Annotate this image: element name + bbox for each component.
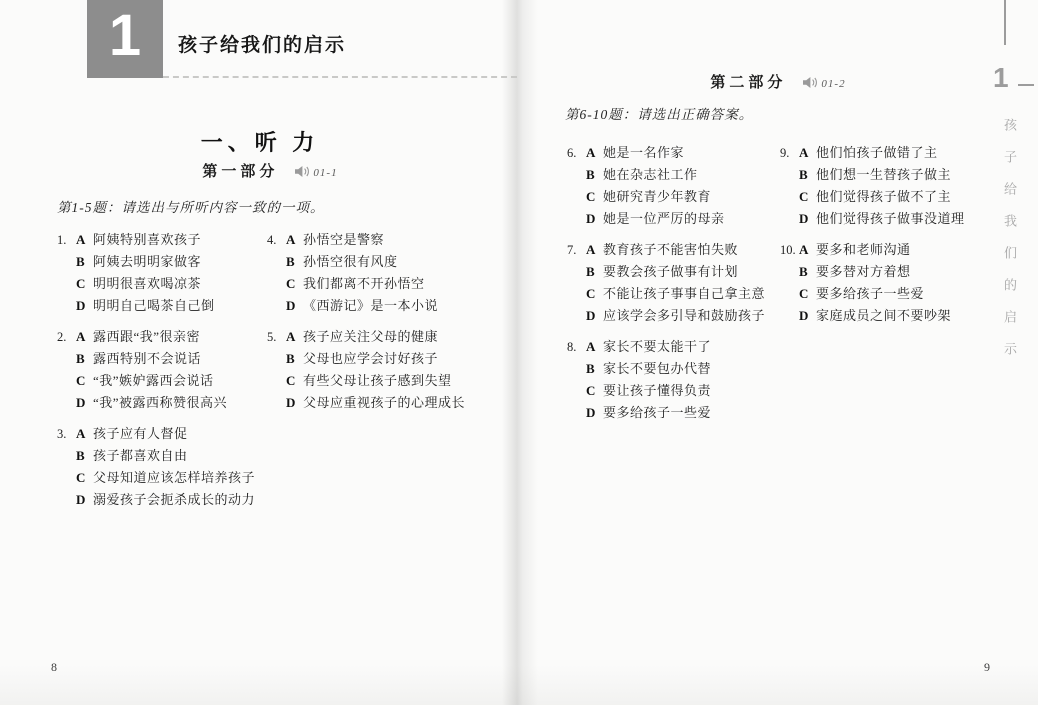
option-text: 要多替对方着想	[816, 261, 911, 283]
option-letter: B	[286, 251, 303, 273]
option-text: 露西跟“我”很亲密	[93, 326, 200, 348]
unit-title: 孩子给我们的启示	[178, 30, 346, 57]
option: D要多给孩子一些爱	[586, 402, 782, 424]
question-9: 9. A他们怕孩子做错了主 B他们想一生替孩子做主 C他们觉得孩子做不了主 D他…	[780, 142, 995, 230]
option: D应该学会多引导和鼓励孩子	[586, 305, 782, 327]
question-1: 1. A阿姨特别喜欢孩子 B阿姨去明明家做客 C明明很喜欢喝凉茶 D明明自己喝茶…	[57, 229, 272, 317]
option-text: 她研究青少年教育	[603, 186, 711, 208]
question-number: 2.	[57, 326, 76, 414]
option: A阿姨特别喜欢孩子	[76, 229, 272, 251]
option-text: “我”被露西称赞很高兴	[93, 392, 227, 414]
option: B他们想一生替孩子做主	[799, 164, 995, 186]
option: C明明很喜欢喝凉茶	[76, 273, 272, 295]
option-text: 明明自己喝茶自己倒	[93, 295, 215, 317]
option-text: 要多给孩子一些爱	[603, 402, 711, 424]
option-letter: B	[799, 164, 816, 186]
option-letter: B	[76, 445, 93, 467]
part-two-label: 第二部分	[710, 75, 786, 91]
option-text: 阿姨特别喜欢孩子	[93, 229, 201, 251]
option-text: 孙悟空很有风度	[303, 251, 398, 273]
page-seam	[502, 0, 538, 705]
option-text: 她是一名作家	[603, 142, 684, 164]
option-letter: B	[586, 358, 603, 380]
option-text: 明明很喜欢喝凉茶	[93, 273, 201, 295]
option-letter: D	[286, 392, 303, 414]
option-text: 教育孩子不能害怕失败	[603, 239, 738, 261]
instruction-part-one: 第1-5题：请选出与所听内容一致的一项。	[57, 196, 325, 216]
option-text: 溺爱孩子会扼杀成长的动力	[93, 489, 255, 511]
option-text: 有些父母让孩子感到失望	[303, 370, 452, 392]
option-letter: B	[76, 348, 93, 370]
questions-column: 1. A阿姨特别喜欢孩子 B阿姨去明明家做客 C明明很喜欢喝凉茶 D明明自己喝茶…	[57, 229, 272, 520]
question-number: 4.	[267, 229, 286, 317]
unit-number: 1	[109, 7, 141, 71]
option-text: 他们觉得孩子做不了主	[816, 186, 951, 208]
audio-track-label: 01-2	[821, 78, 845, 90]
option: A他们怕孩子做错了主	[799, 142, 995, 164]
option-letter: A	[76, 229, 93, 251]
part-one-header: 第一部分01-1	[40, 160, 500, 183]
option-letter: C	[286, 370, 303, 392]
question-8: 8. A家长不要太能干了 B家长不要包办代替 C要让孩子懂得负责 D要多给孩子一…	[567, 336, 782, 424]
option-text: 父母应重视孩子的心理成长	[303, 392, 465, 414]
option: A要多和老师沟通	[799, 239, 995, 261]
option: B家长不要包办代替	[586, 358, 782, 380]
option-letter: D	[586, 208, 603, 230]
option-letter: C	[799, 186, 816, 208]
option-letter: A	[799, 239, 816, 261]
option: C她研究青少年教育	[586, 186, 782, 208]
option-letter: D	[586, 305, 603, 327]
option: A教育孩子不能害怕失败	[586, 239, 782, 261]
edge-tab-unit-number: 1	[993, 62, 1009, 94]
option-letter: D	[76, 489, 93, 511]
option: D溺爱孩子会扼杀成长的动力	[76, 489, 272, 511]
option-text: 阿姨去明明家做客	[93, 251, 201, 273]
option-text: 他们想一生替孩子做主	[816, 164, 951, 186]
option-letter: D	[799, 305, 816, 327]
option: D她是一位严厉的母亲	[586, 208, 782, 230]
option: C要多给孩子一些爱	[799, 283, 995, 305]
option-text: 她是一位严厉的母亲	[603, 208, 725, 230]
question-number: 9.	[780, 142, 799, 230]
book-spread: 1 孩子给我们的启示 一、听 力 第一部分01-1 第1-5题：请选出与所听内容…	[0, 0, 1038, 705]
option-text: 孩子都喜欢自由	[93, 445, 188, 467]
option-text: 她在杂志社工作	[603, 164, 698, 186]
option: D家庭成员之间不要吵架	[799, 305, 995, 327]
option-text: 父母也应学会讨好孩子	[303, 348, 438, 370]
option-letter: B	[799, 261, 816, 283]
option-letter: D	[799, 208, 816, 230]
question-number: 7.	[567, 239, 586, 327]
question-number: 1.	[57, 229, 76, 317]
question-3: 3. A孩子应有人督促 B孩子都喜欢自由 C父母知道应该怎样培养孩子 D溺爱孩子…	[57, 423, 272, 511]
question-4: 4. A孙悟空是警察 B孙悟空很有风度 C我们都离不开孙悟空 D《西游记》是一本…	[267, 229, 482, 317]
option-letter: C	[76, 370, 93, 392]
option-letter: B	[76, 251, 93, 273]
option: D《西游记》是一本小说	[286, 295, 482, 317]
option-letter: C	[76, 273, 93, 295]
question-number: 3.	[57, 423, 76, 511]
question-number: 10.	[780, 239, 799, 327]
option: B露西特别不会说话	[76, 348, 272, 370]
part-one-label: 第一部分	[202, 164, 278, 180]
option: D“我”被露西称赞很高兴	[76, 392, 272, 414]
option-text: 他们怕孩子做错了主	[816, 142, 938, 164]
option-text: 家长不要太能干了	[603, 336, 711, 358]
option-text: 孩子应有人督促	[93, 423, 188, 445]
option: D明明自己喝茶自己倒	[76, 295, 272, 317]
question-7: 7. A教育孩子不能害怕失败 B要教会孩子做事有计划 C不能让孩子事事自己拿主意…	[567, 239, 782, 327]
option: B孩子都喜欢自由	[76, 445, 272, 467]
questions-column: 9. A他们怕孩子做错了主 B他们想一生替孩子做主 C他们觉得孩子做不了主 D他…	[780, 142, 995, 336]
option: B阿姨去明明家做客	[76, 251, 272, 273]
speaker-icon	[294, 165, 310, 183]
speaker-icon	[802, 76, 818, 94]
option-letter: A	[586, 142, 603, 164]
section-heading-listening: 一、听 力	[40, 126, 480, 157]
option: A家长不要太能干了	[586, 336, 782, 358]
questions-column: 6. A她是一名作家 B她在杂志社工作 C她研究青少年教育 D她是一位严厉的母亲…	[567, 142, 782, 433]
option: D父母应重视孩子的心理成长	[286, 392, 482, 414]
option: A露西跟“我”很亲密	[76, 326, 272, 348]
option-letter: A	[799, 142, 816, 164]
option-text: 要多和老师沟通	[816, 239, 911, 261]
option: D他们觉得孩子做事没道理	[799, 208, 995, 230]
option-text: 露西特别不会说话	[93, 348, 201, 370]
option-text: 家长不要包办代替	[603, 358, 711, 380]
question-10: 10. A要多和老师沟通 B要多替对方着想 C要多给孩子一些爱 D家庭成员之间不…	[780, 239, 995, 327]
option-letter: B	[586, 261, 603, 283]
option-letter: A	[76, 326, 93, 348]
option-letter: A	[586, 239, 603, 261]
question-number: 5.	[267, 326, 286, 414]
option: C他们觉得孩子做不了主	[799, 186, 995, 208]
option-letter: A	[586, 336, 603, 358]
option-letter: C	[586, 380, 603, 402]
option-text: 要让孩子懂得负责	[603, 380, 711, 402]
option: B孙悟空很有风度	[286, 251, 482, 273]
option-text: “我”嫉妒露西会说话	[93, 370, 214, 392]
header-dashed-divider	[163, 76, 517, 78]
option-text: 要多给孩子一些爱	[816, 283, 924, 305]
option-letter: C	[586, 283, 603, 305]
option-text: 家庭成员之间不要吵架	[816, 305, 951, 327]
option-letter: C	[286, 273, 303, 295]
option: C要让孩子懂得负责	[586, 380, 782, 402]
option: A孩子应有人督促	[76, 423, 272, 445]
option-text: 应该学会多引导和鼓励孩子	[603, 305, 765, 327]
option-letter: C	[586, 186, 603, 208]
option: B要多替对方着想	[799, 261, 995, 283]
option: C“我”嫉妒露西会说话	[76, 370, 272, 392]
option-text: 他们觉得孩子做事没道理	[816, 208, 965, 230]
question-6: 6. A她是一名作家 B她在杂志社工作 C她研究青少年教育 D她是一位严厉的母亲	[567, 142, 782, 230]
option-text: 孩子应关注父母的健康	[303, 326, 438, 348]
part-two-header: 第二部分01-2	[548, 71, 1008, 94]
option: C父母知道应该怎样培养孩子	[76, 467, 272, 489]
option-text: 《西游记》是一本小说	[303, 295, 438, 317]
option: A孙悟空是警察	[286, 229, 482, 251]
option-letter: A	[286, 326, 303, 348]
option-text: 孙悟空是警察	[303, 229, 384, 251]
option: A孩子应关注父母的健康	[286, 326, 482, 348]
edge-tab-dash	[1018, 84, 1034, 86]
question-2: 2. A露西跟“我”很亲密 B露西特别不会说话 C“我”嫉妒露西会说话 D“我”…	[57, 326, 272, 414]
option-letter: A	[76, 423, 93, 445]
option: C我们都离不开孙悟空	[286, 273, 482, 295]
option-letter: D	[286, 295, 303, 317]
option-letter: C	[799, 283, 816, 305]
questions-column: 4. A孙悟空是警察 B孙悟空很有风度 C我们都离不开孙悟空 D《西游记》是一本…	[267, 229, 482, 423]
option-letter: B	[586, 164, 603, 186]
option-text: 我们都离不开孙悟空	[303, 273, 425, 295]
audio-track-label: 01-1	[313, 167, 337, 179]
edge-tab-vertical-title: 孩子给我们的启示	[1000, 118, 1019, 374]
option-letter: D	[586, 402, 603, 424]
option: A她是一名作家	[586, 142, 782, 164]
option-letter: C	[76, 467, 93, 489]
option-text: 父母知道应该怎样培养孩子	[93, 467, 255, 489]
option-letter: D	[76, 392, 93, 414]
option: C有些父母让孩子感到失望	[286, 370, 482, 392]
edge-tab-tick	[1004, 0, 1006, 45]
option-text: 要教会孩子做事有计划	[603, 261, 738, 283]
instruction-part-two: 第6-10题：请选出正确答案。	[565, 103, 753, 123]
option: B要教会孩子做事有计划	[586, 261, 782, 283]
unit-number-box: 1	[87, 0, 163, 78]
option-letter: A	[286, 229, 303, 251]
option: B父母也应学会讨好孩子	[286, 348, 482, 370]
option-letter: B	[286, 348, 303, 370]
question-5: 5. A孩子应关注父母的健康 B父母也应学会讨好孩子 C有些父母让孩子感到失望 …	[267, 326, 482, 414]
option-text: 不能让孩子事事自己拿主意	[603, 283, 765, 305]
option: B她在杂志社工作	[586, 164, 782, 186]
option-letter: D	[76, 295, 93, 317]
option: C不能让孩子事事自己拿主意	[586, 283, 782, 305]
question-number: 6.	[567, 142, 586, 230]
page-bottom-shadow	[0, 665, 1038, 705]
question-number: 8.	[567, 336, 586, 424]
